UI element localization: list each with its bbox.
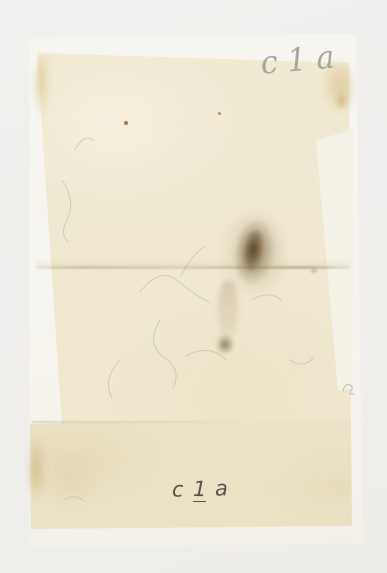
inscription-bottom-a: a (215, 476, 228, 500)
inscription-top-right: c 1 a (259, 38, 336, 82)
inscription-bottom: c1a (172, 476, 228, 502)
inscription-bottom-one: 1 (192, 477, 206, 502)
small-pencil-mark-right (343, 385, 354, 395)
inscription-bottom-c: c (172, 477, 184, 501)
photo-of-drawing-verso: c 1 a c1a (0, 0, 387, 573)
